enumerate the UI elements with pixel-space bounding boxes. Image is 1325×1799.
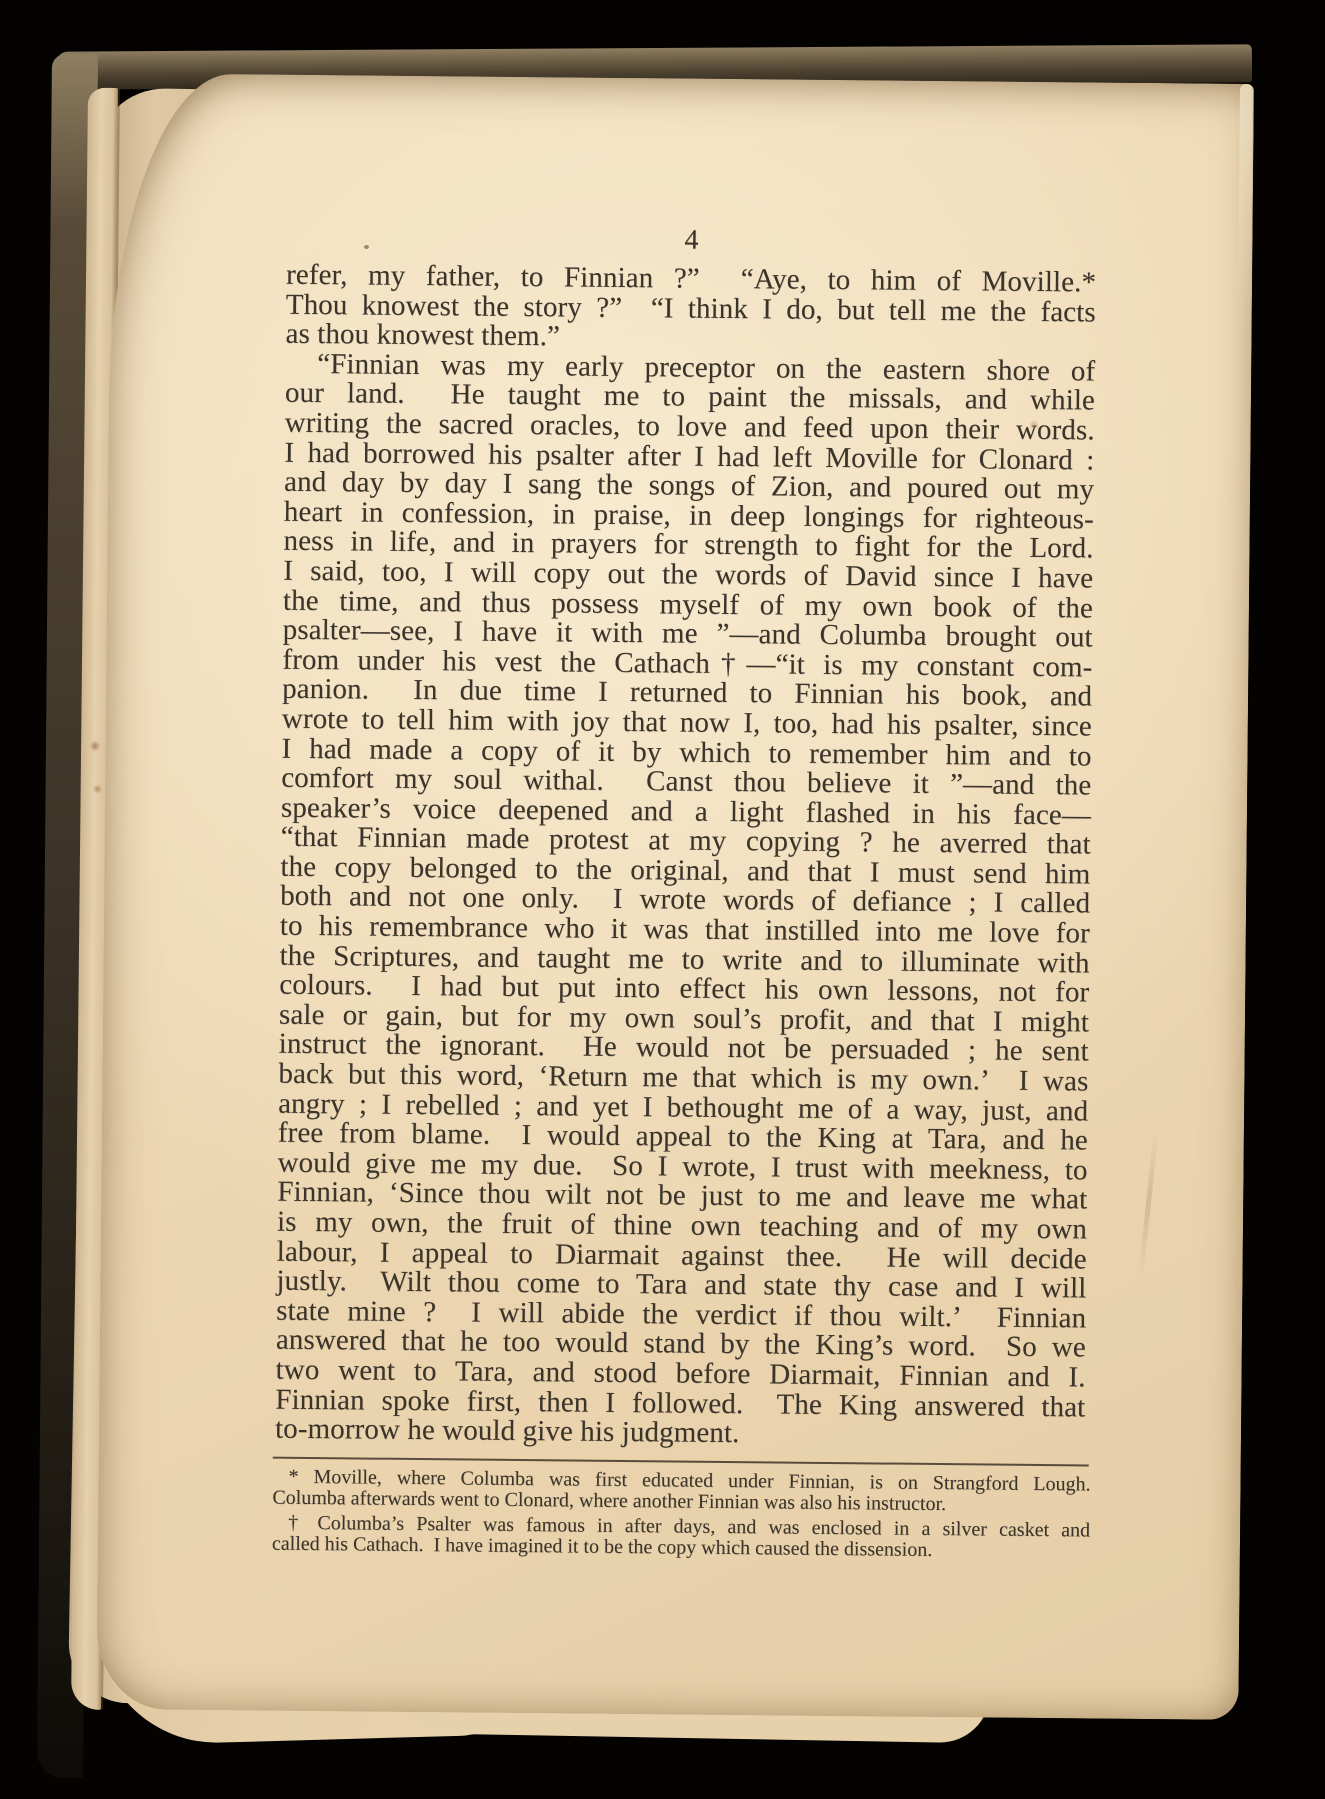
page-edge-glare <box>1238 84 1253 319</box>
book-page: 4 refer, my father, to Finnian ?” “Aye, … <box>96 73 1254 1720</box>
page-number: 4 <box>286 221 1096 261</box>
stain <box>1028 420 1040 430</box>
book-photo: 4 refer, my father, to Finnian ?” “Aye, … <box>0 0 1325 1799</box>
stain <box>93 784 102 794</box>
stain <box>90 740 100 752</box>
footnotes: * Moville, where Columba was first educa… <box>272 1467 1091 1562</box>
footnote-divider <box>273 1457 1089 1467</box>
page-body-text: refer, my father, to Finnian ?” “Aye, to… <box>275 261 1096 1452</box>
stain <box>364 245 369 249</box>
